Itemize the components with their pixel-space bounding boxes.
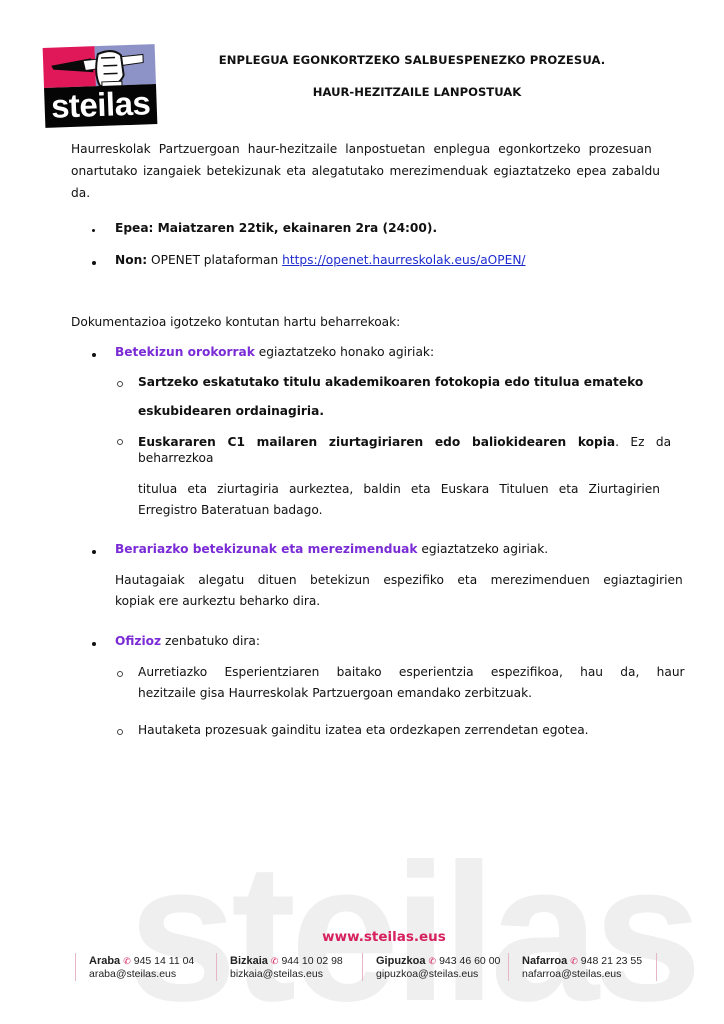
ex-officio-line: Ofizioz zenbatuko dira:: [115, 634, 260, 648]
office-phone: 948 21 23 55: [581, 955, 642, 967]
office-phone: 945 14 11 04: [134, 955, 195, 967]
intro-line-1: Haurreskolak Partzuergoan haur-hezitzail…: [71, 138, 651, 160]
location-label: Non:: [115, 253, 147, 267]
specific-requirements-line: Berariazko betekizunak eta merezimenduak…: [115, 542, 548, 556]
phone-icon: ✆: [429, 956, 437, 966]
footer-divider: [216, 953, 217, 981]
basque-cert-rest: . Ez da: [615, 435, 671, 449]
office-email[interactable]: gipuzkoa@steilas.eus: [376, 968, 500, 981]
document-subtitle: HAUR-HEZITZAILE LANPOSTUAK: [0, 85, 724, 99]
openet-link[interactable]: https://openet.haurreskolak.eus/aOPEN/: [282, 253, 525, 267]
office-bizkaia: Bizkaia✆944 10 02 98 bizkaia@steilas.eus: [230, 955, 343, 981]
general-requirements-line: Betekizun orokorrak egiaztatzeko honako …: [115, 345, 434, 359]
footer-divider: [75, 953, 76, 981]
intro-line-2: onartutako izangaiek betekizunak eta ale…: [71, 160, 660, 182]
experience-line-1: Aurretiazko Esperientziaren baitako espe…: [138, 665, 685, 679]
phone-icon: ✆: [123, 956, 131, 966]
phone-icon: ✆: [570, 956, 578, 966]
office-name: Araba: [89, 955, 120, 967]
general-requirements-text: egiaztatzeko honako agiriak:: [255, 345, 434, 359]
academic-title-line-2: eskubidearen ordainagiria.: [138, 404, 324, 418]
office-name: Nafarroa: [522, 955, 567, 967]
website-link[interactable]: www.steilas.eus: [0, 929, 724, 945]
sub-bullet-icon: [117, 671, 123, 677]
office-email[interactable]: bizkaia@steilas.eus: [230, 968, 343, 981]
phone-icon: ✆: [271, 956, 279, 966]
docs-heading: Dokumentazioa igotzeko kontutan hartu be…: [71, 315, 400, 329]
office-gipuzkoa: Gipuzkoa✆943 46 60 00 gipuzkoa@steilas.e…: [376, 955, 500, 981]
office-name: Gipuzkoa: [376, 955, 426, 967]
specific-para-line-2: kopiak ere aurkeztu beharko dira.: [115, 594, 320, 608]
basque-cert-bold: Euskararen C1 mailaren ziurtagiriaren ed…: [138, 435, 615, 449]
general-requirements-highlight: Betekizun orokorrak: [115, 345, 255, 359]
office-email[interactable]: araba@steilas.eus: [89, 968, 194, 981]
office-araba: Araba✆945 14 11 04 araba@steilas.eus: [89, 955, 194, 981]
intro-line-3: da.: [71, 182, 90, 204]
bullet-icon: [92, 550, 96, 554]
office-email[interactable]: nafarroa@steilas.eus: [522, 968, 642, 981]
location-text: OPENET plataforman: [147, 253, 282, 267]
academic-title-line-1: Sartzeko eskatutako titulu akademikoaren…: [138, 375, 643, 389]
specific-requirements-text: egiaztatzeko agiriak.: [418, 542, 549, 556]
ex-officio-text: zenbatuko dira:: [161, 634, 260, 648]
bullet-icon: [92, 642, 96, 646]
basque-cert-line: Euskararen C1 mailaren ziurtagiriaren ed…: [138, 435, 651, 449]
selection-process-line: Hautaketa prozesuak gainditu izatea eta …: [138, 723, 589, 737]
basque-cert-line-2: beharrezkoa: [138, 451, 213, 465]
deadline-text: Epea: Maiatzaren 22tik, ekainaren 2ra (2…: [115, 221, 437, 235]
office-phone: 943 46 60 00: [439, 955, 500, 967]
basque-cert-line-4: Erregistro Bateratuan badago.: [138, 503, 322, 517]
sub-bullet-icon: [117, 381, 123, 387]
experience-line-2: hezitzaile gisa Haurreskolak Partzuergoa…: [138, 686, 532, 700]
specific-requirements-highlight: Berariazko betekizunak eta merezimenduak: [115, 542, 418, 556]
footer-divider: [362, 953, 363, 981]
footer-divider: [656, 953, 657, 981]
location-line: Non: OPENET plataforman https://openet.h…: [115, 253, 526, 267]
bullet-icon: [92, 353, 96, 357]
office-nafarroa: Nafarroa✆948 21 23 55 nafarroa@steilas.e…: [522, 955, 642, 981]
sub-bullet-icon: [117, 439, 123, 445]
bullet-icon: [92, 229, 95, 232]
sub-bullet-icon: [117, 729, 123, 735]
ex-officio-highlight: Ofizioz: [115, 634, 161, 648]
document-title: ENPLEGUA EGONKORTZEKO SALBUESPENEZKO PRO…: [0, 53, 724, 67]
document-page: steilas ENPLEGUA EGONKORTZEKO SALBUESPEN…: [0, 0, 724, 1024]
basque-cert-line-3: titulua eta ziurtagiria aurkeztea, baldi…: [138, 482, 660, 496]
footer-divider: [508, 953, 509, 981]
office-name: Bizkaia: [230, 955, 268, 967]
office-phone: 944 10 02 98: [281, 955, 342, 967]
specific-para-line-1: Hautagaiak alegatu dituen betekizun espe…: [115, 573, 683, 587]
bullet-icon: [92, 261, 96, 265]
